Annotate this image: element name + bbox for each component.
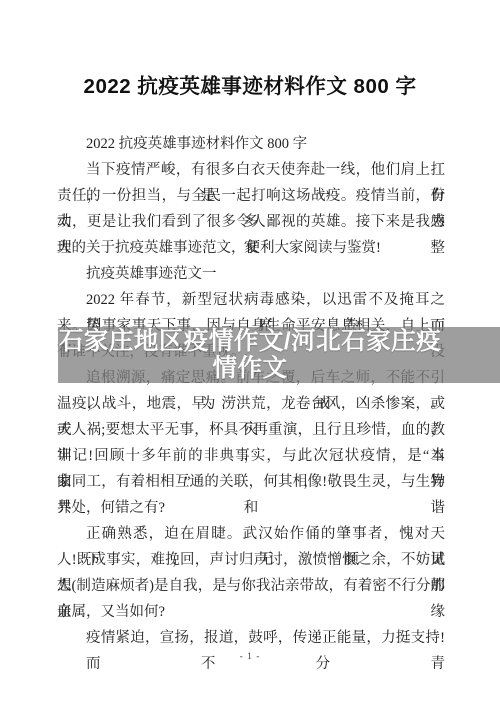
text-line: 温疫，战斗，地震，早、涝洪荒，龙卷台风，凶杀惨案，或天灾， (57, 391, 445, 417)
text-line: 2022 年春节，新型冠状病毒感染，以迅雷不及掩耳之势，席卷而 (57, 287, 445, 313)
text-line: 牢记!回顾十多年前的非典事实，与此次冠状疫情，是“本家”，异 (57, 443, 445, 469)
text-line: 共处，何错之有? (57, 495, 445, 521)
watermark-overlay-box (58, 327, 500, 383)
text-line: 疫情紧迫，宣扬，报道，鼓呼，传递正能量，力挺支持!而不分青 (57, 625, 445, 651)
text-line: 责任，一份担当，与全民一起打响这场战疫。疫情当前，有太多感 (57, 183, 445, 209)
text-line: 亲属，又当如何? (57, 599, 445, 625)
document-title: 2022 抗疫英雄事迹材料作文 800 字 (0, 74, 500, 100)
text-line: 2022 抗疫英雄事迹材料作文 800 字 (57, 131, 445, 157)
text-line: 动，更是让我们看到了很多令人鄙视的英雄。接下来是我为大家整 (57, 209, 445, 235)
text-line: 正确熟悉，迫在眉睫。武汉始作俑的肇事者，愧对天下，无颜见 (57, 521, 445, 547)
text-line: 曲同工，有着相相互通的关联，何其相像!敬畏生灵，与生物界和谐 (57, 469, 445, 495)
text-line: 理的关于抗疫英雄事迹范文，便利大家阅读与鉴赏! (57, 235, 445, 261)
page-number: - 1 - (0, 650, 500, 664)
text-line: 人(制造麻烦者)是自我，是与你我沾亲带故，有着密不行分的血缘 (57, 573, 445, 599)
text-line: 或人祸;要想太平无事，杯具不再重演，且行且珍惜，血的教训，当 (57, 417, 445, 443)
text-line: 人!既成事实，难挽回，声讨归声讨，激愤憎恨之余，不妨试想：那 (57, 547, 445, 573)
document-page: 2022 抗疫英雄事迹材料作文 800 字 2022 抗疫英雄事迹材料作文 80… (0, 0, 500, 706)
text-line: 抗疫英雄事迹范文一 (57, 261, 445, 287)
text-line: 当下疫情严峻，有很多白衣天使奔赴一线，他们肩上扛的是一份 (57, 157, 445, 183)
